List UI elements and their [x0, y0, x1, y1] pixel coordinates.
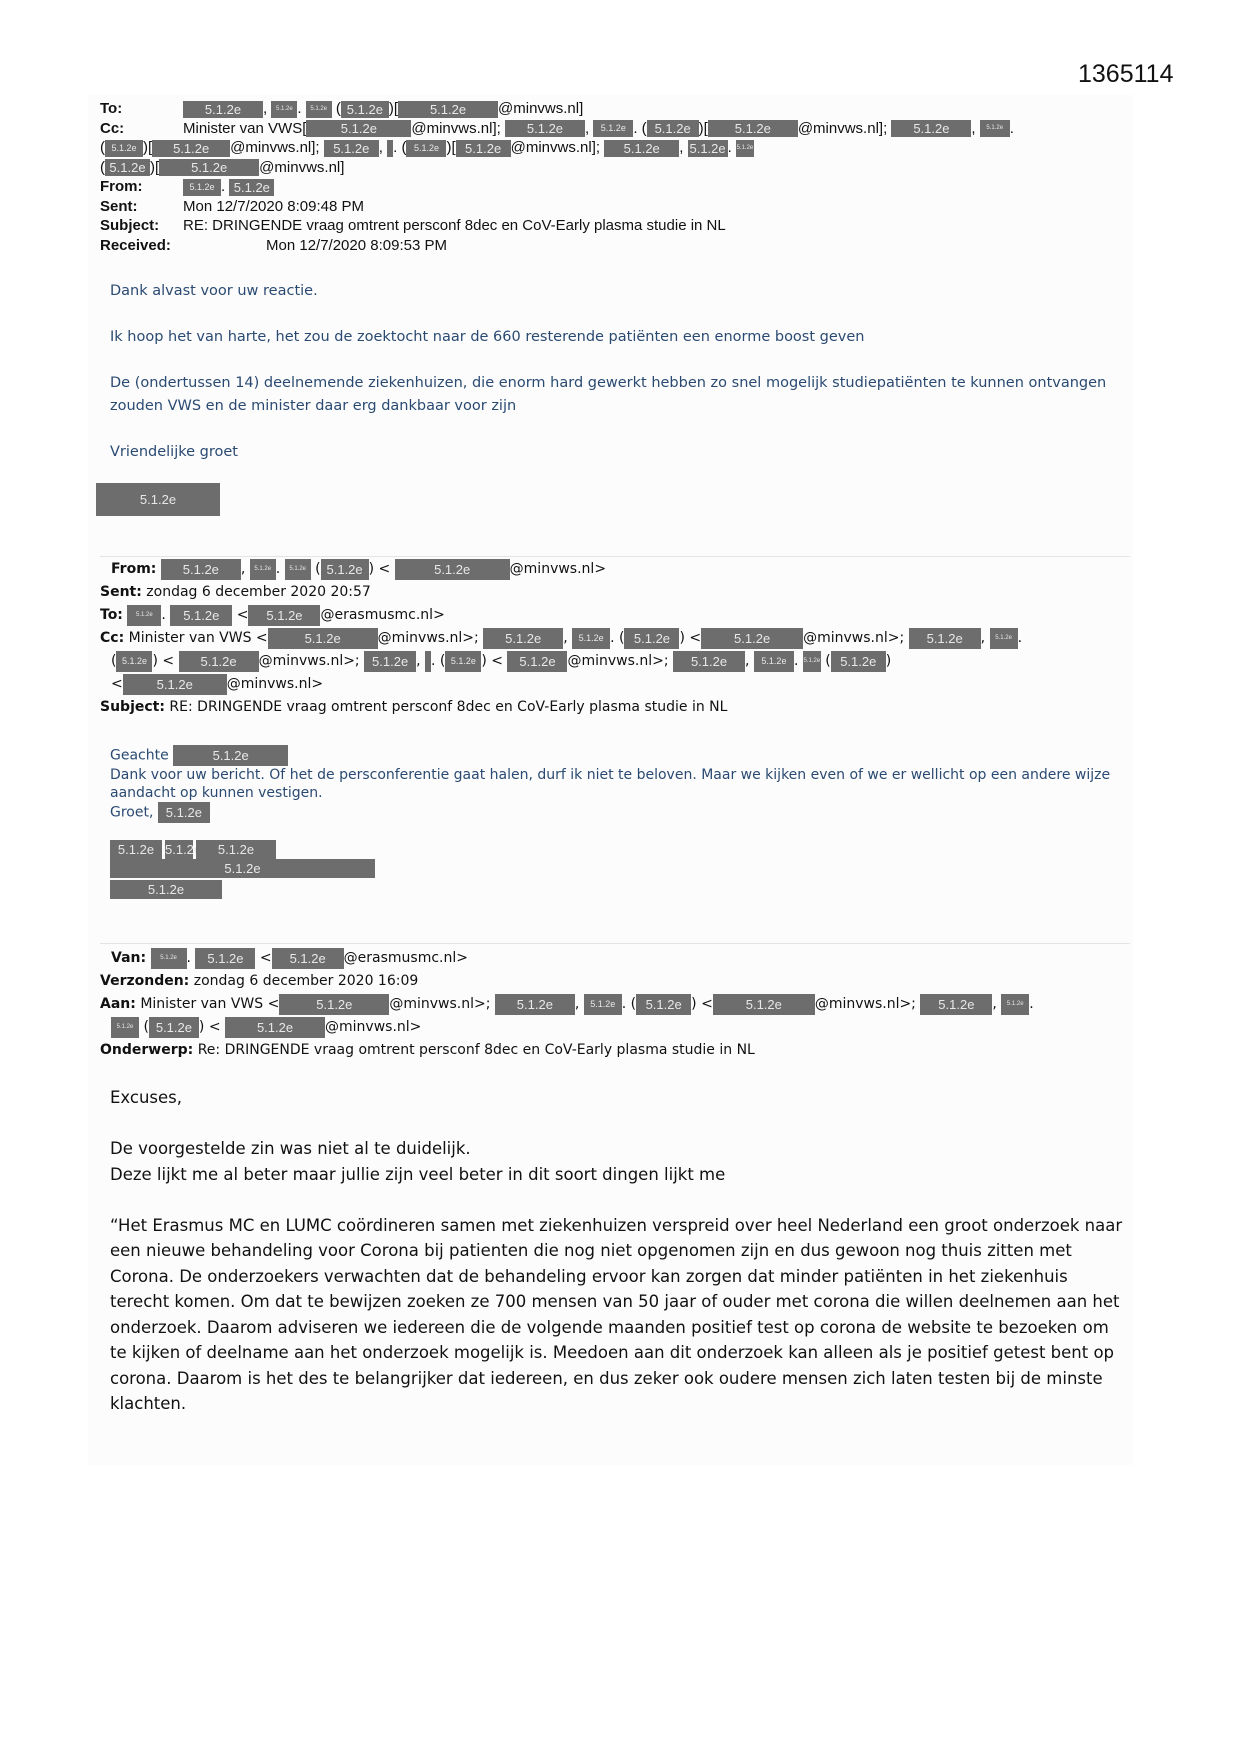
redaction: 5.1.2e — [127, 605, 161, 626]
redaction: 5.1.2e — [105, 159, 150, 176]
received-label: Received: — [100, 236, 171, 256]
redaction: 5.1.2e — [110, 859, 375, 878]
body-quote: “Het Erasmus MC en LUMC coördineren same… — [110, 1213, 1130, 1417]
redaction: 5.1.2e — [271, 101, 297, 118]
document-number: 1365114 — [1078, 60, 1173, 89]
redaction: 5.1.2e — [341, 101, 389, 118]
redaction: 5.1.2e — [445, 651, 481, 672]
redaction: 5.1.2e — [572, 628, 610, 649]
redaction: 5.1.2e — [324, 140, 379, 157]
body-paragraph: Dank alvast voor uw reactie. — [110, 280, 1120, 303]
redaction: 5.1.2e — [604, 140, 679, 157]
redaction: 5.1.2e — [225, 1017, 325, 1038]
redaction: 5.1.2e — [321, 559, 369, 580]
redaction: 5.1.2e — [111, 1017, 139, 1038]
redaction: 5.1.2e — [736, 140, 754, 157]
redaction: 5.1.2e — [754, 651, 794, 672]
redaction: 5.1.2e — [803, 651, 821, 672]
redaction: 5.1.2e — [149, 1017, 199, 1038]
redaction: 5.1.2e — [406, 140, 446, 157]
redaction: 5.1.2e — [116, 651, 152, 672]
redaction: 5.1.2e — [891, 120, 971, 137]
redaction: 5.1.2e — [708, 120, 798, 137]
redaction: 5.1.2e — [990, 628, 1018, 649]
redaction: 5.1.2e — [483, 628, 563, 649]
redaction: 5.1.2e — [110, 840, 162, 859]
email2-to-row: To: 5.1.2e. 5.1.2e <5.1.2e@erasmusmc.nl> — [100, 604, 1022, 627]
email3-to-row: Aan: Minister van VWS <5.1.2e@minvws.nl>… — [100, 993, 1034, 1016]
redaction: 5.1.2e — [195, 948, 255, 969]
cc-label: Cc: — [100, 119, 124, 139]
sent-value: zondag 6 december 2020 20:57 — [146, 584, 371, 600]
email1-body: Dank alvast voor uw reactie. Ik hoop het… — [110, 280, 1120, 487]
signature-redaction: 5.1.2e — [96, 483, 220, 516]
redaction: 5.1.2e — [713, 994, 815, 1015]
subject-value: RE: DRINGENDE vraag omtrent persconf 8de… — [183, 216, 726, 236]
redaction: 5.1.2e — [584, 994, 622, 1015]
email2-header: From: 5.1.2e, 5.1.2e. 5.1.2e (5.1.2e) < … — [100, 558, 1022, 719]
redaction: 5.1.2e — [673, 651, 745, 672]
redaction: 5.1.2e — [165, 840, 193, 859]
email2-body: Geachte 5.1.2e Dank voor uw bericht. Of … — [110, 745, 1130, 823]
subject-value: Re: DRINGENDE vraag omtrent persconf 8de… — [198, 1042, 755, 1058]
redaction: 5.1.2e — [647, 120, 699, 137]
redaction: 5.1.2e — [1001, 994, 1029, 1015]
redaction: 5.1.2e — [636, 994, 691, 1015]
cc-label: Cc: — [100, 630, 124, 646]
redaction: 5.1.2e — [398, 101, 498, 118]
body-line: Deze lijkt me al beter maar jullie zijn … — [110, 1162, 1130, 1188]
redaction: 5.1.2e — [507, 651, 567, 672]
redaction: 5.1.2e — [456, 140, 511, 157]
redaction: 5.1.2e — [196, 840, 276, 859]
body-paragraph: Ik hoop het van harte, het zou de zoekto… — [110, 326, 1120, 349]
email3-from-row: Van: 5.1.2e. 5.1.2e <5.1.2e@erasmusmc.nl… — [100, 947, 1034, 970]
email3-header: Van: 5.1.2e. 5.1.2e <5.1.2e@erasmusmc.nl… — [100, 947, 1034, 1062]
to-label: Aan: — [100, 996, 136, 1012]
redaction: 5.1.2e — [688, 140, 728, 157]
redaction: 5.1.2e — [909, 628, 981, 649]
redaction: 5.1.2e — [123, 674, 227, 695]
redaction: 5.1.2e — [701, 628, 803, 649]
redaction: 5.1.2e — [306, 101, 332, 118]
subject-label: Onderwerp: — [100, 1042, 193, 1058]
redaction: 5.1.2e — [624, 628, 679, 649]
email2-sent-row: Sent: zondag 6 december 2020 20:57 — [100, 581, 1022, 604]
redaction: 5.1.2e — [183, 101, 263, 118]
subject-label: Subject: — [100, 699, 165, 715]
redaction: 5.1.2e — [110, 880, 222, 899]
received-value: Mon 12/7/2020 8:09:53 PM — [266, 236, 447, 256]
redaction: 5.1.2e — [495, 994, 575, 1015]
redaction — [425, 651, 431, 672]
body-paragraph: Dank voor uw bericht. Of het de persconf… — [110, 766, 1130, 802]
email2-from-row: From: 5.1.2e, 5.1.2e. 5.1.2e (5.1.2e) < … — [100, 558, 1022, 581]
redaction: 5.1.2e — [159, 159, 259, 176]
redaction: 5.1.2e — [285, 559, 311, 580]
subject-label: Subject: — [100, 216, 159, 236]
to-label: To: — [100, 607, 123, 623]
redaction: 5.1.2e — [980, 120, 1010, 137]
redaction: 5.1.2e — [173, 745, 288, 766]
redaction: 5.1.2e — [158, 802, 210, 823]
body-paragraph: De (ondertussen 14) deelnemende ziekenhu… — [110, 372, 1120, 418]
sent-value: zondag 6 december 2020 16:09 — [194, 973, 419, 989]
email3-body: Excuses, De voorgestelde zin was niet al… — [110, 1085, 1130, 1417]
greeting: Geachte — [110, 748, 169, 764]
redaction: 5.1.2e — [170, 605, 232, 626]
redaction: 5.1.2e — [505, 120, 585, 137]
body-paragraph: Vriendelijke groet — [110, 441, 1120, 464]
email3-sent-row: Verzonden: zondag 6 december 2020 16:09 — [100, 970, 1034, 993]
subject-value: RE: DRINGENDE vraag omtrent persconf 8de… — [169, 699, 727, 715]
email3-subject-row: Onderwerp: Re: DRINGENDE vraag omtrent p… — [100, 1039, 1034, 1062]
sent-value: Mon 12/7/2020 8:09:48 PM — [183, 197, 364, 217]
redaction: 5.1.2e — [831, 651, 886, 672]
redaction: 5.1.2e — [152, 140, 230, 157]
from-label: From: — [111, 561, 156, 577]
redaction: 5.1.2e — [151, 948, 187, 969]
redaction: 5.1.2e — [250, 559, 276, 580]
redaction: 5.1.2e — [306, 120, 411, 137]
redaction: 5.1.2e — [183, 179, 221, 196]
redaction: 5.1.2e — [248, 605, 320, 626]
body-line: De voorgestelde zin was niet al te duide… — [110, 1136, 1130, 1162]
from-label: From: — [100, 177, 143, 197]
redaction: 5.1.2e — [395, 559, 510, 580]
sent-label: Verzonden: — [100, 973, 189, 989]
closing: Groet, — [110, 805, 153, 821]
redaction: 5.1.2e — [272, 948, 344, 969]
body-opening: Excuses, — [110, 1085, 1130, 1111]
email2-cc-row: Cc: Minister van VWS <5.1.2e@minvws.nl>;… — [100, 627, 1022, 650]
separator — [100, 943, 1130, 944]
redaction: 5.1.2e — [920, 994, 992, 1015]
redaction: 5.1.2e — [593, 120, 633, 137]
redaction: 5.1.2e — [268, 628, 378, 649]
sent-label: Sent: — [100, 584, 142, 600]
redaction: 5.1.2e — [279, 994, 389, 1015]
from-label: Van: — [111, 950, 146, 966]
redaction: 5.1.2e — [229, 179, 274, 196]
to-label: To: — [100, 99, 122, 119]
redaction: 5.1.2e — [105, 140, 143, 157]
redaction: 5.1.2e — [179, 651, 259, 672]
sent-label: Sent: — [100, 197, 138, 217]
redaction: 5.1.2e — [161, 559, 241, 580]
separator — [100, 556, 1130, 557]
email2-subject-row: Subject: RE: DRINGENDE vraag omtrent per… — [100, 696, 1022, 719]
redaction: 5.1.2e — [364, 651, 416, 672]
redaction — [387, 140, 393, 157]
